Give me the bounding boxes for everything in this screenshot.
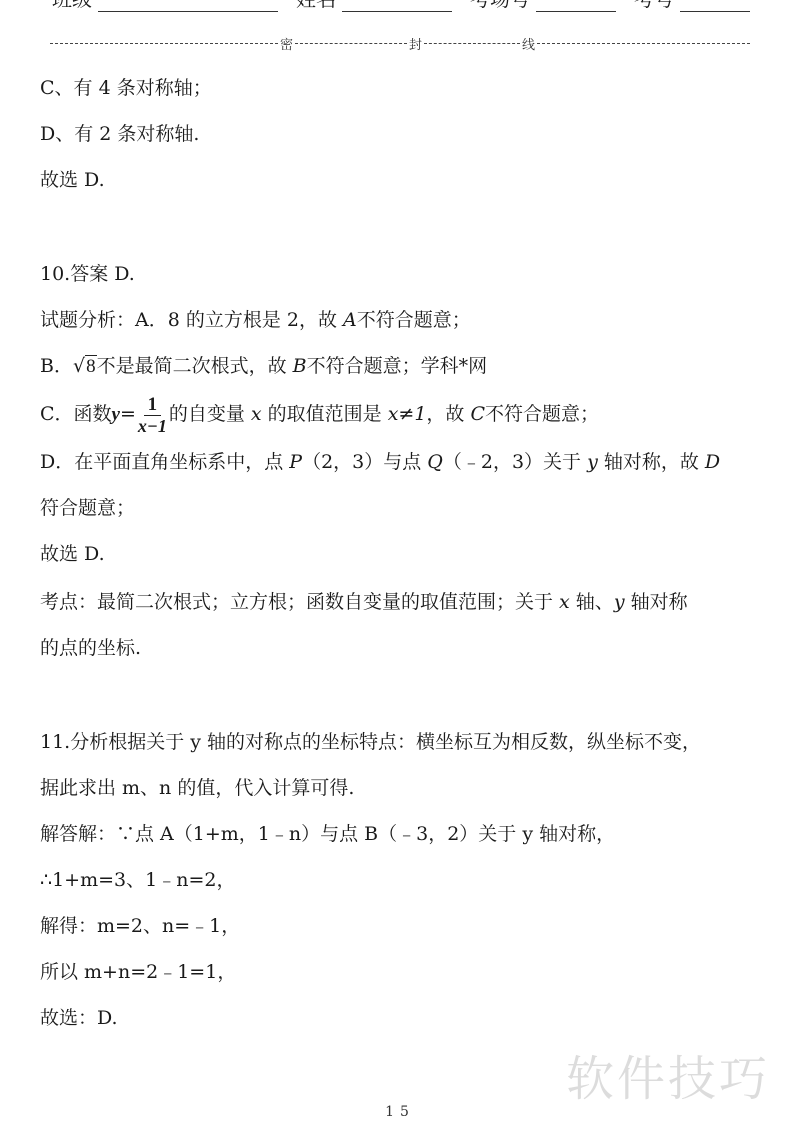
text: 的取值范围是 [262, 403, 388, 425]
q9-option-d: D、有 2 条对称轴. [40, 122, 199, 146]
q10-analysis-a: 试题分析：A．8 的立方根是 2，故 A不符合题意； [40, 308, 471, 332]
q11-conclusion: 故选：D. [40, 1006, 118, 1030]
var-y: y [112, 404, 120, 425]
name-label: 姓名 [296, 0, 336, 12]
var-a: A [343, 309, 357, 331]
text: 试题分析：A．8 的立方根是 2，故 [40, 309, 343, 331]
var-q: Q [427, 451, 443, 473]
q10-kaodian-line2: 的点的坐标. [40, 636, 141, 660]
exam-room-label: 考场号 [470, 0, 530, 12]
equals: = [120, 403, 136, 425]
q10-analysis-b: B．√8不是最简二次根式，故 B不符合题意；学科*网 [40, 354, 487, 379]
text: 考点：最简二次根式；立方根；函数自变量的取值范围；关于 [40, 591, 559, 613]
seal-char-xian: 线 [520, 34, 537, 53]
sqrt-radicand: 8 [85, 355, 97, 377]
text: B． [40, 355, 73, 377]
exam-number-field: 考号 [634, 0, 750, 12]
q10-answer: 10.答案 D. [40, 262, 135, 286]
class-blank [98, 0, 278, 12]
q10-analysis-d-line1: D．在平面直角坐标系中，点 P（2，3）与点 Q（﹣2，3）关于 y 轴对称，故… [40, 450, 720, 474]
q10-analysis-d-line2: 符合题意； [40, 496, 135, 520]
sqrt-symbol: √ [73, 355, 85, 377]
q11-solution-line3: 解得：m=2、n=﹣1， [40, 914, 240, 938]
q10-analysis-c: C．函数y=1x−1的自变量 x 的取值范围是 x≠1，故 C不符合题意； [40, 390, 599, 439]
fraction: 1x−1 [138, 395, 167, 436]
text: （﹣2，3）关于 [443, 451, 587, 473]
text: 不符合题意； [485, 403, 599, 425]
var-y: y [587, 451, 598, 473]
exam-header-fields: 班级 姓名 考场号 考号 [52, 0, 750, 12]
var-x: x [251, 403, 262, 425]
sqrt-expression: √8 [73, 355, 97, 377]
text: 不是最简二次根式，故 [97, 355, 293, 377]
name-blank [342, 0, 452, 12]
dash-divider [50, 43, 278, 44]
q11-solution-line2: ∴1+m=3、1﹣n=2， [40, 868, 235, 892]
text: ，故 [426, 403, 470, 425]
class-field: 班级 [52, 0, 278, 12]
fraction-denominator: x−1 [138, 416, 167, 436]
dash-divider [295, 43, 407, 44]
seal-char-feng: 封 [407, 34, 424, 53]
text: 轴对称 [625, 591, 688, 613]
text: （2，3）与点 [302, 451, 427, 473]
q11-solution-line1: 解答解：∵点 A（1+m，1﹣n）与点 B（﹣3，2）关于 y 轴对称， [40, 822, 615, 846]
dash-divider [537, 43, 750, 44]
exam-room-field: 考场号 [470, 0, 616, 12]
text: C．函数 [40, 403, 112, 425]
q11-solution-line4: 所以 m+n=2﹣1=1， [40, 960, 236, 984]
var-d: D [705, 451, 720, 473]
seal-line: 密 封 线 [50, 34, 750, 53]
text: 不符合题意； [357, 309, 471, 331]
q9-option-c: C、有 4 条对称轴； [40, 76, 212, 100]
q9-conclusion: 故选 D. [40, 168, 105, 192]
dash-divider [424, 43, 520, 44]
q10-conclusion: 故选 D. [40, 542, 105, 566]
exam-number-blank [680, 0, 750, 12]
text: 轴对称，故 [598, 451, 705, 473]
var-b: B [293, 355, 307, 377]
text: 轴、 [570, 591, 614, 613]
fraction-numerator: 1 [144, 395, 162, 416]
page-number: 15 [0, 1104, 800, 1120]
exam-room-blank [536, 0, 616, 12]
text: D．在平面直角坐标系中，点 [40, 451, 289, 473]
class-label: 班级 [52, 0, 92, 12]
text: 不符合题意；学科*网 [307, 355, 488, 377]
seal-char-mi: 密 [278, 34, 295, 53]
condition: x≠1 [388, 403, 427, 425]
exam-number-label: 考号 [634, 0, 674, 12]
var-p: P [289, 451, 302, 473]
var-c: C [470, 403, 485, 425]
name-field: 姓名 [296, 0, 452, 12]
q10-kaodian-line1: 考点：最简二次根式；立方根；函数自变量的取值范围；关于 x 轴、y 轴对称 [40, 590, 688, 614]
var-x: x [559, 591, 570, 613]
q11-analysis-line1: 11.分析根据关于 y 轴的对称点的坐标特点：横坐标互为相反数，纵坐标不变， [40, 730, 701, 754]
text: 的自变量 [169, 403, 251, 425]
var-y: y [614, 591, 625, 613]
q11-analysis-line2: 据此求出 m、n 的值，代入计算可得. [40, 776, 354, 800]
watermark: 软件技巧 [566, 1040, 770, 1109]
